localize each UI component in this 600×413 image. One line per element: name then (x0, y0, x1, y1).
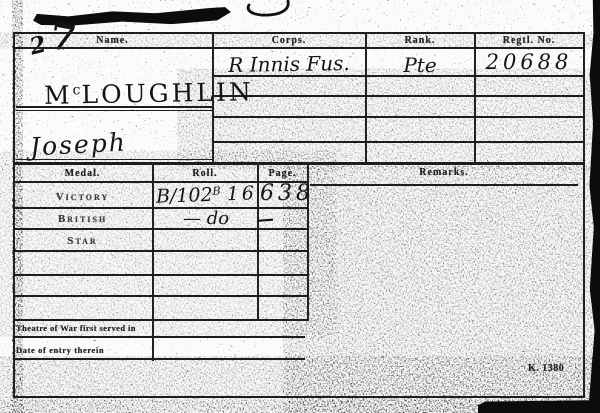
surname-initial: M (44, 80, 73, 109)
card-border-bottom (13, 396, 585, 398)
scan-edge-bottom-right (478, 399, 600, 413)
grid-line (13, 358, 305, 360)
remarks-underline (310, 184, 578, 186)
page-column-header: Page. (258, 168, 307, 179)
grid-line (213, 116, 584, 118)
surname-rest: LOUGHLIN (81, 77, 254, 109)
grid-line (13, 274, 308, 276)
corps-value-text: R Innis Fus. (228, 51, 350, 77)
grid-line (152, 163, 154, 361)
medal-index-card-scan: 2 7 Name. Corps. Rank. Regtl. No. R Inni… (0, 0, 600, 413)
grid-line (257, 163, 259, 321)
page-value-text: 638 (260, 181, 314, 206)
name-column-header: Name. (13, 35, 212, 46)
grid-line (13, 295, 308, 297)
roll-rest-text: 16 (226, 182, 257, 205)
card-border-right (583, 32, 585, 398)
corps-value: R Innis Fus. (213, 51, 365, 78)
corps-column-header: Corps. (213, 35, 365, 46)
grid-line (13, 319, 308, 321)
medal-row-star-label: Star (13, 235, 152, 247)
scan-edge-right (588, 0, 600, 413)
rank-value-text: Pte (403, 53, 436, 77)
rank-column-header: Rank. (366, 35, 474, 46)
pen-stroke-artifact (243, 0, 295, 20)
forename-text: Joseph (29, 127, 127, 161)
medal-column-header: Medal. (13, 168, 152, 179)
date-of-entry-label: Date of entry therein (16, 345, 152, 355)
victory-page-value: 638 (260, 181, 314, 206)
roll-superscript: B (212, 185, 221, 198)
medal-row-british-label: British (13, 213, 152, 225)
grid-line (213, 95, 584, 97)
regtl-no-column-header: Regtl. No. (475, 35, 583, 46)
grid-line (13, 336, 305, 338)
theatre-of-war-label: Theatre of War first served in (16, 323, 152, 333)
surname-handwriting: McLOUGHLIN (44, 77, 254, 110)
victory-roll-value: B/102B 16 (156, 182, 258, 208)
regtl-no-value: 20688 (475, 50, 583, 74)
british-roll-ditto: — do (183, 208, 229, 229)
grid-line (365, 32, 367, 163)
british-page-dash: — (255, 208, 274, 230)
rank-value: Pte (366, 53, 474, 77)
section-divider (13, 162, 585, 165)
grid-line (13, 47, 585, 49)
ditto-text: — do (183, 208, 229, 229)
grid-line (13, 250, 308, 252)
roll-main-text: B/102 (156, 184, 213, 208)
forename-handwriting: Joseph (29, 127, 127, 161)
grid-line (213, 141, 584, 143)
card-border-top (13, 32, 585, 34)
form-reference: K. 1380 (528, 363, 578, 374)
roll-column-header: Roll. (153, 168, 257, 179)
regtl-no-value-text: 20688 (486, 50, 573, 74)
remarks-column-header: Remarks. (308, 167, 580, 178)
page-dash-text: — (255, 208, 274, 230)
medal-row-victory-label: Victory (13, 191, 152, 203)
